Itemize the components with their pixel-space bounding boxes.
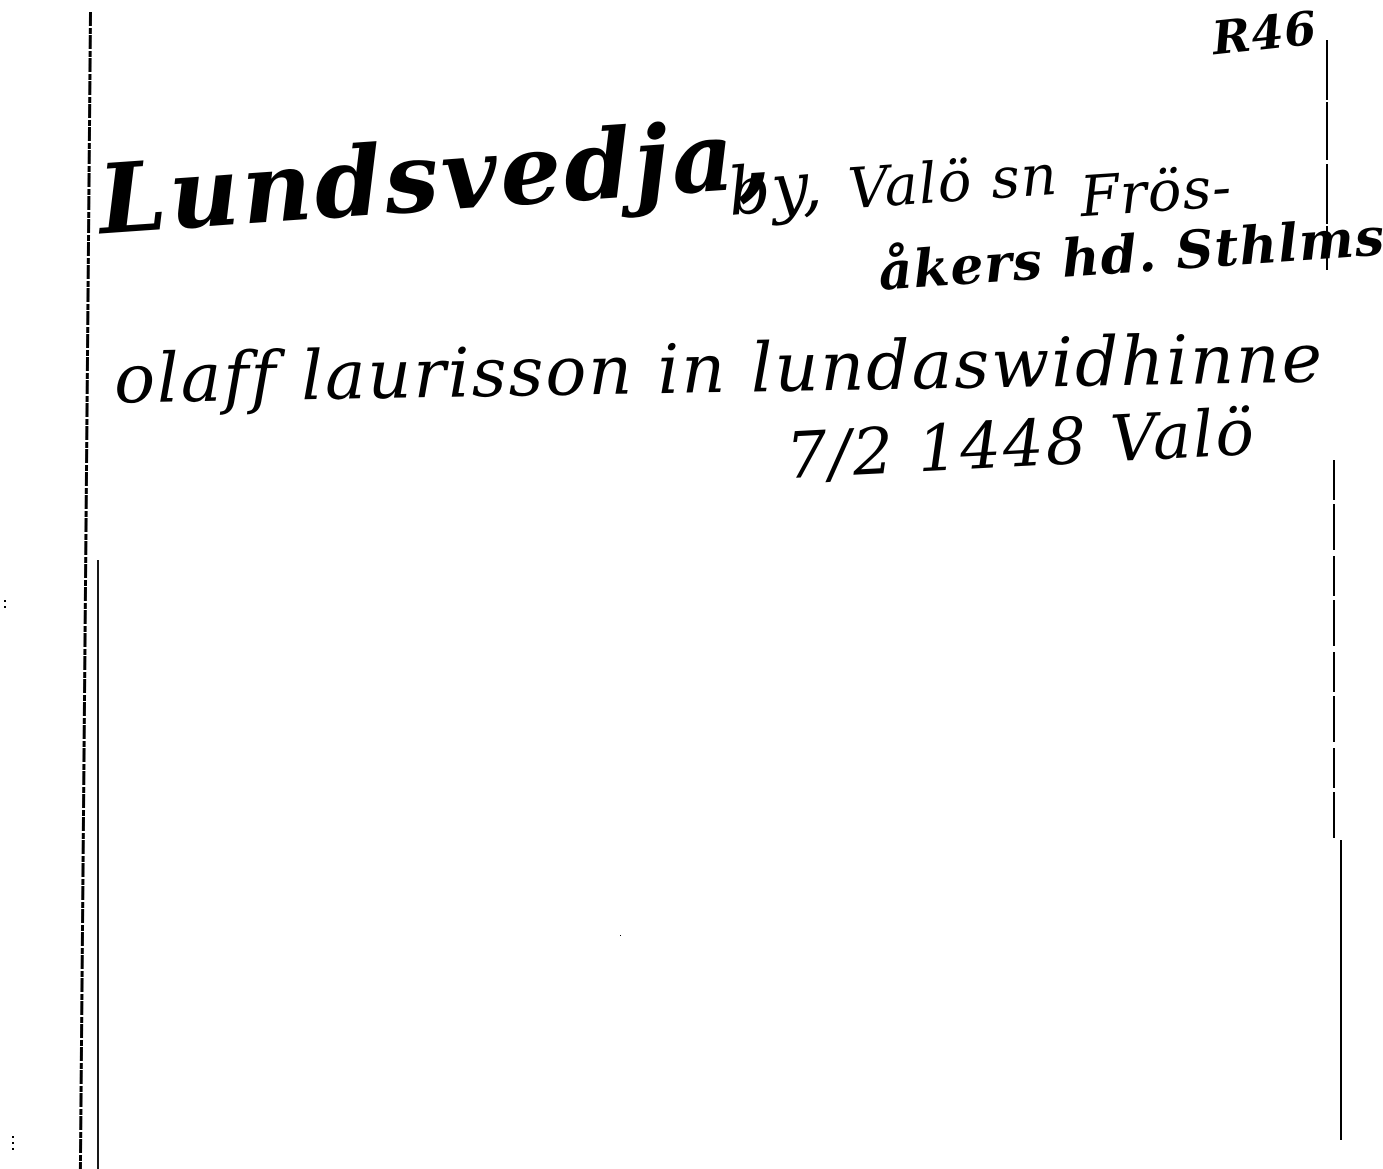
reference-code: R46 (1209, 1, 1319, 66)
date-and-location: 7/2 1448 Valö (784, 396, 1257, 494)
place-name: Lundsvedja, (95, 97, 777, 257)
scan-speck (12, 1136, 14, 1138)
scan-speck (12, 1148, 14, 1150)
card-right-edge-bottom (1340, 840, 1342, 1140)
scan-speck (12, 1142, 14, 1144)
place-type: by, (725, 146, 826, 231)
source-location: Valö (1109, 396, 1258, 478)
source-date: 7/2 1448 (784, 405, 1090, 495)
index-card: R46 Lundsvedja, by, Valö sn Frös- åkers … (0, 0, 1383, 1169)
scan-speck (4, 600, 6, 602)
parish: Valö sn (846, 143, 1060, 222)
card-left-edge (79, 12, 92, 1169)
scan-speck (4, 606, 6, 608)
card-right-edge-middle (1333, 460, 1335, 840)
scan-speck (620, 935, 621, 936)
card-left-edge-inner (97, 560, 99, 1169)
